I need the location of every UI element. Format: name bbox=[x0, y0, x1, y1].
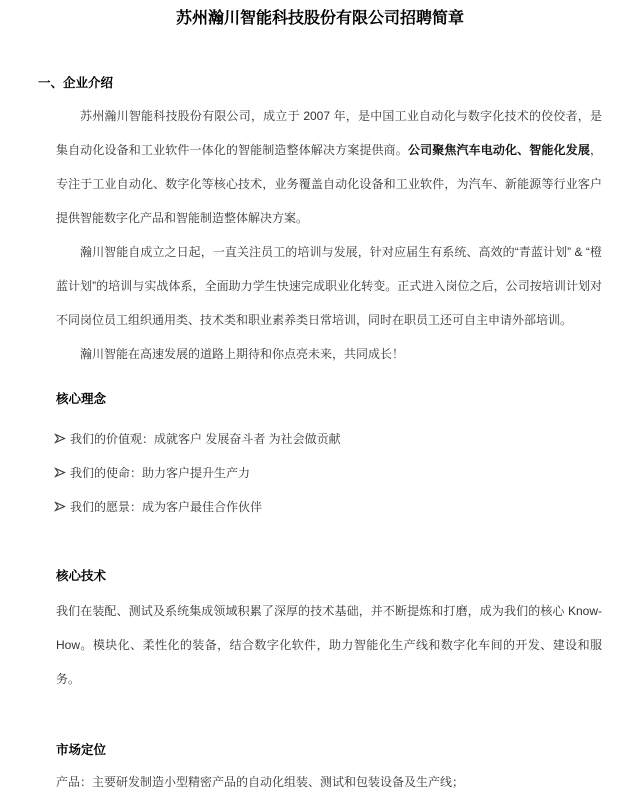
sub-heading-market-position: 市场定位 bbox=[56, 740, 602, 760]
intro-paragraph-2: 瀚川智能自成立之日起，一直关注员工的培训与发展，针对应届生有系统、高效的“青蓝计… bbox=[56, 235, 602, 337]
arrow-bullet-icon bbox=[54, 467, 66, 478]
list-item-text: 我们的愿景：成为客户最佳合作伙伴 bbox=[70, 500, 262, 514]
sub-heading-core-values: 核心理念 bbox=[56, 389, 602, 409]
arrow-bullet-icon bbox=[54, 501, 66, 512]
section-heading-company-intro: 一、企业介绍 bbox=[38, 73, 602, 93]
intro-paragraph-3: 瀚川智能在高速发展的道路上期待和你点亮未来，共同成长！ bbox=[56, 337, 602, 371]
document-page: 苏州瀚川智能科技股份有限公司招聘简章 一、企业介绍 苏州瀚川智能科技股份有限公司… bbox=[0, 0, 640, 809]
list-item-text: 我们的价值观：成就客户 发展奋斗者 为社会做贡献 bbox=[70, 432, 341, 446]
list-item: 我们的愿景：成为客户最佳合作伙伴 bbox=[54, 490, 602, 524]
sub-heading-core-tech: 核心技术 bbox=[56, 566, 602, 586]
list-item-text: 我们的使命：助力客户提升生产力 bbox=[70, 466, 250, 480]
market-position-paragraph: 产品：主要研发制造小型精密产品的自动化组装、测试和包装设备及生产线； bbox=[56, 765, 602, 799]
core-values-list: 我们的价值观：成就客户 发展奋斗者 为社会做贡献 我们的使命：助力客户提升生产力… bbox=[54, 422, 602, 524]
core-tech-paragraph: 我们在装配、测试及系统集成领域积累了深厚的技术基础，并不断提炼和打磨，成为我们的… bbox=[56, 594, 602, 696]
intro-paragraph-1: 苏州瀚川智能科技股份有限公司，成立于 2007 年，是中国工业自动化与数字化技术… bbox=[56, 99, 602, 235]
list-item: 我们的使命：助力客户提升生产力 bbox=[54, 456, 602, 490]
intro-paragraph-1-bold: 公司聚焦汽车电动化、智能化发展 bbox=[408, 143, 590, 157]
list-item: 我们的价值观：成就客户 发展奋斗者 为社会做贡献 bbox=[54, 422, 602, 456]
arrow-bullet-icon bbox=[54, 433, 66, 444]
document-title: 苏州瀚川智能科技股份有限公司招聘简章 bbox=[38, 8, 602, 30]
